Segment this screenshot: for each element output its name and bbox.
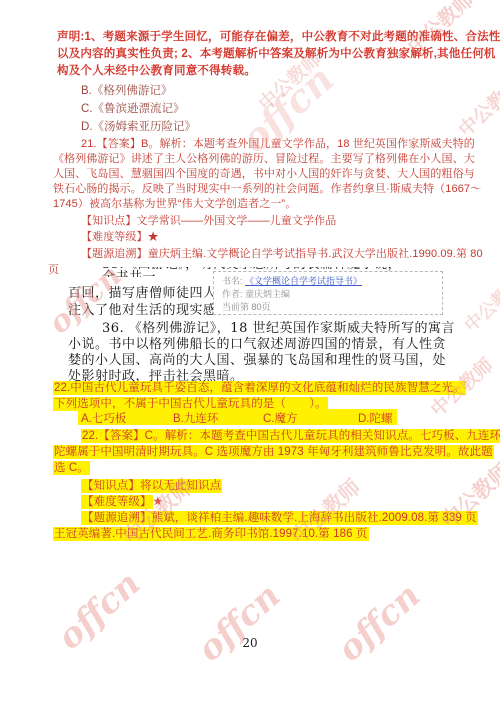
- answer-21-line: 《格列佛游记》讲述了主人公格列佛的游历、冒险过程。主要写了格列佛在小人国、大: [53, 150, 475, 166]
- answer-21-line: 1745）被高尔基称为世界“伟大文学创造者之一”。: [53, 195, 296, 211]
- source-21-line: 页: [48, 261, 59, 277]
- answer-22-line: 选 C。: [53, 459, 90, 475]
- option-b-22: B.九连环: [173, 410, 218, 426]
- option-c: C.《鲁滨逊漂流记》: [81, 100, 185, 116]
- option-d-22: D.陀螺: [358, 410, 393, 426]
- answer-21-line: 人国、飞岛国、慧骃国四个国度的奇遇，书中对小人国的奸诈与贪婪、大人国的粗俗与: [53, 165, 475, 181]
- book-current-page: 当前第 80页: [222, 302, 271, 312]
- book-author: 童庆炳主编: [245, 289, 290, 299]
- document-page: 中公教师 中公教师 offcn 中公教师 offcn 中公教师 中公教师 中公教…: [0, 0, 500, 702]
- difficulty-21: 【难度等级】★: [81, 228, 159, 244]
- question-22-options: A.七巧板 B.九连环 C.魔方 D.陀螺: [78, 409, 397, 425]
- option-d: D.《汤姆索亚历险记》: [81, 118, 196, 134]
- difficulty-22: 【难度等级】★: [81, 493, 163, 509]
- watermark-offcn: 中公教师: [452, 71, 500, 142]
- knowledge-point-22: 【知识点】将以无此知识点: [81, 477, 222, 493]
- book-title-link[interactable]: 《文学概论自学考试指导书》: [245, 276, 362, 286]
- difficulty-star: ★: [153, 496, 163, 508]
- answer-21-line: 21.【答案】B。解析：本题考查外国儿童文学作品，18 世纪英国作家斯威夫特的: [81, 135, 475, 151]
- answer-21-line: 铁石心肠的揭示。反映了当时现实中一系列的社会问题。作者约拿旦·斯威夫特（1667…: [53, 180, 481, 196]
- knowledge-point-21: 【知识点】文学常识——外国文学——儿童文学作品: [81, 212, 336, 228]
- option-c-22: C.魔方: [263, 410, 298, 426]
- page-number: 20: [0, 636, 500, 650]
- source-22-line: 王冠英编著.中国古代民间工艺.商务印书馆.1997.10.第 186 页: [53, 525, 369, 541]
- source-22-line: 【题源追溯】熊斌，谈祥柏主编.趣味数学.上海辞书出版社.2009.08.第 33…: [81, 509, 478, 525]
- watermark-offcn: offcn: [330, 576, 428, 670]
- answer-22-line: 陀螺属于中国明清时期玩具。C 选项魔方由 1973 年匈牙利建筑师鲁比克发明。故…: [53, 443, 494, 459]
- source-21-line: 【题源追溯】童庆炳主编.文学概论自学考试指导书.武汉大学出版社.1990.09.…: [81, 245, 483, 261]
- option-b: B.《格列佛游记》: [81, 82, 172, 98]
- book-author-label: 作者:: [222, 289, 243, 299]
- answer-22-line: 22.【答案】C。解析：本题考查中国古代儿童玩具的相关知识点。七巧板、九连环、: [81, 427, 500, 443]
- book-info-tooltip: 书名: 《文学概论自学考试指导书》 作者: 童庆炳主编 当前第 80页: [213, 271, 443, 315]
- declaration-line: 声明:1、考题来源于学生回忆，可能存在偏差，中公教育不对此考题的准确性、合法性: [57, 28, 500, 44]
- declaration-line: 构及个人未经中公教育同意不得转载。: [57, 62, 256, 78]
- book-snippet-line: 注入了他对生活的现实感受: [68, 299, 230, 318]
- question-22-stem-line: 22.中国古代儿童玩具千姿百态，蕴含着深厚的文化底蕴和灿烂的民族智慧之光。: [53, 379, 466, 395]
- option-a-22: A.七巧板: [81, 410, 126, 426]
- book-title-label: 书名:: [222, 276, 243, 286]
- watermark-offcn: offcn: [190, 576, 288, 670]
- declaration-line: 以及内容的真实性负责; 2、本考题解析中答案及解析为中公教育独家解析,其他任何机: [57, 45, 496, 61]
- watermark-offcn: 中公教师: [458, 270, 500, 337]
